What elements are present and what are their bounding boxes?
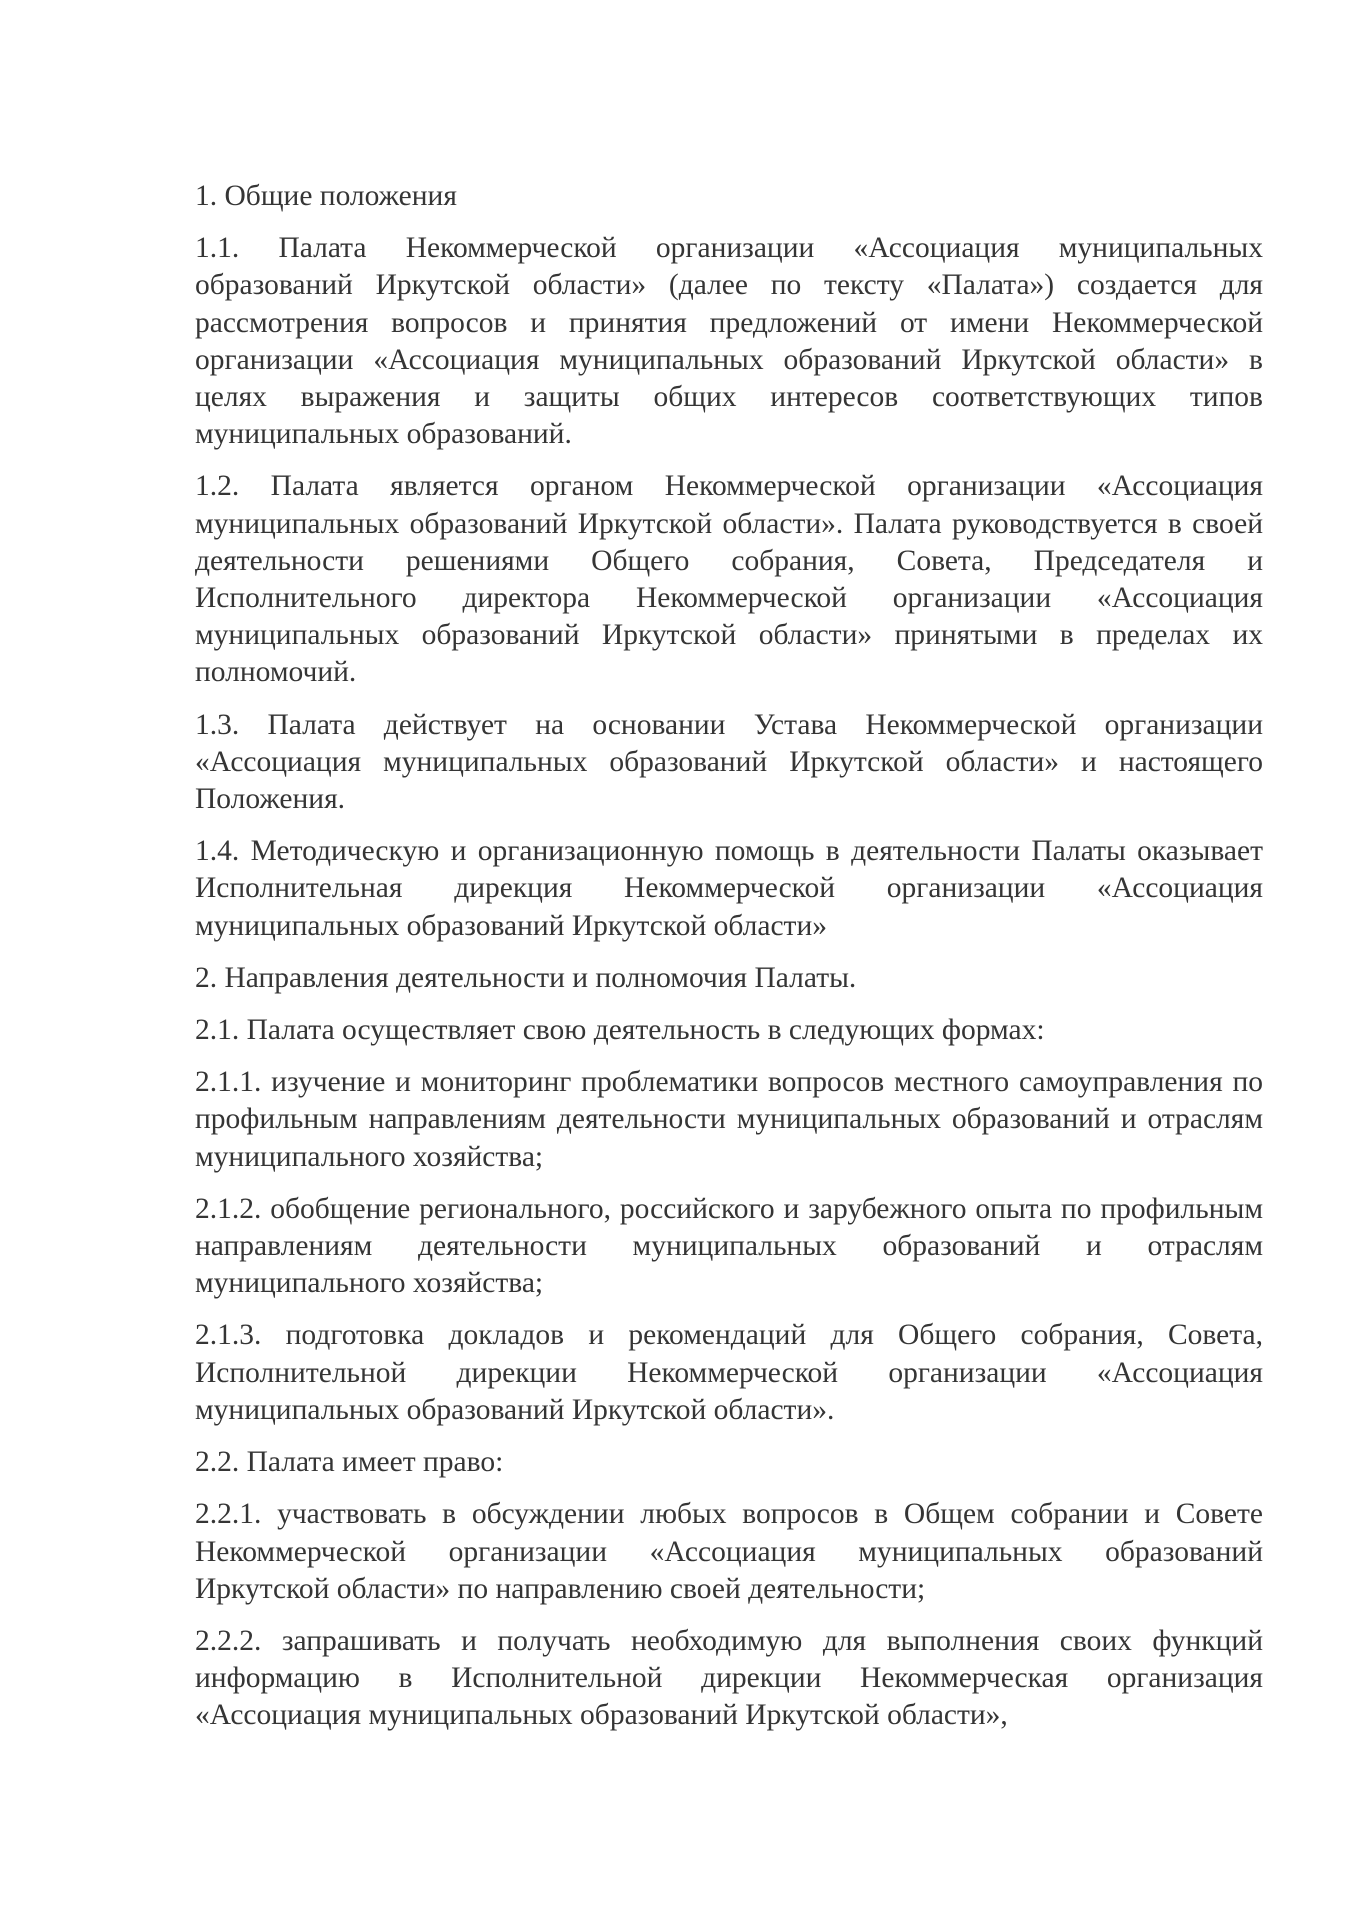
clause-2-2: 2.2. Палата имеет право: — [195, 1444, 1263, 1481]
clause-2-2-2: 2.2.2. запрашивать и получать необходиму… — [195, 1623, 1263, 1735]
clause-2-1-3: 2.1.3. подготовка докладов и рекомендаци… — [195, 1317, 1263, 1429]
document-page: 1. Общие положения 1.1. Палата Некоммерч… — [195, 178, 1263, 1750]
section-heading-directions-and-powers: 2. Направления деятельности и полномочия… — [195, 960, 1263, 997]
clause-2-1: 2.1. Палата осуществляет свою деятельнос… — [195, 1012, 1263, 1049]
clause-1-2: 1.2. Палата является органом Некоммерчес… — [195, 468, 1263, 691]
clause-1-3: 1.3. Палата действует на основании Устав… — [195, 707, 1263, 819]
clause-2-2-1: 2.2.1. участвовать в обсуждении любых во… — [195, 1496, 1263, 1608]
clause-2-1-2: 2.1.2. обобщение регионального, российск… — [195, 1191, 1263, 1303]
clause-1-1: 1.1. Палата Некоммерческой организации «… — [195, 230, 1263, 453]
clause-2-1-1: 2.1.1. изучение и мониторинг проблематик… — [195, 1064, 1263, 1176]
section-heading-general-provisions: 1. Общие положения — [195, 178, 1263, 215]
clause-1-4: 1.4. Методическую и организационную помо… — [195, 833, 1263, 945]
